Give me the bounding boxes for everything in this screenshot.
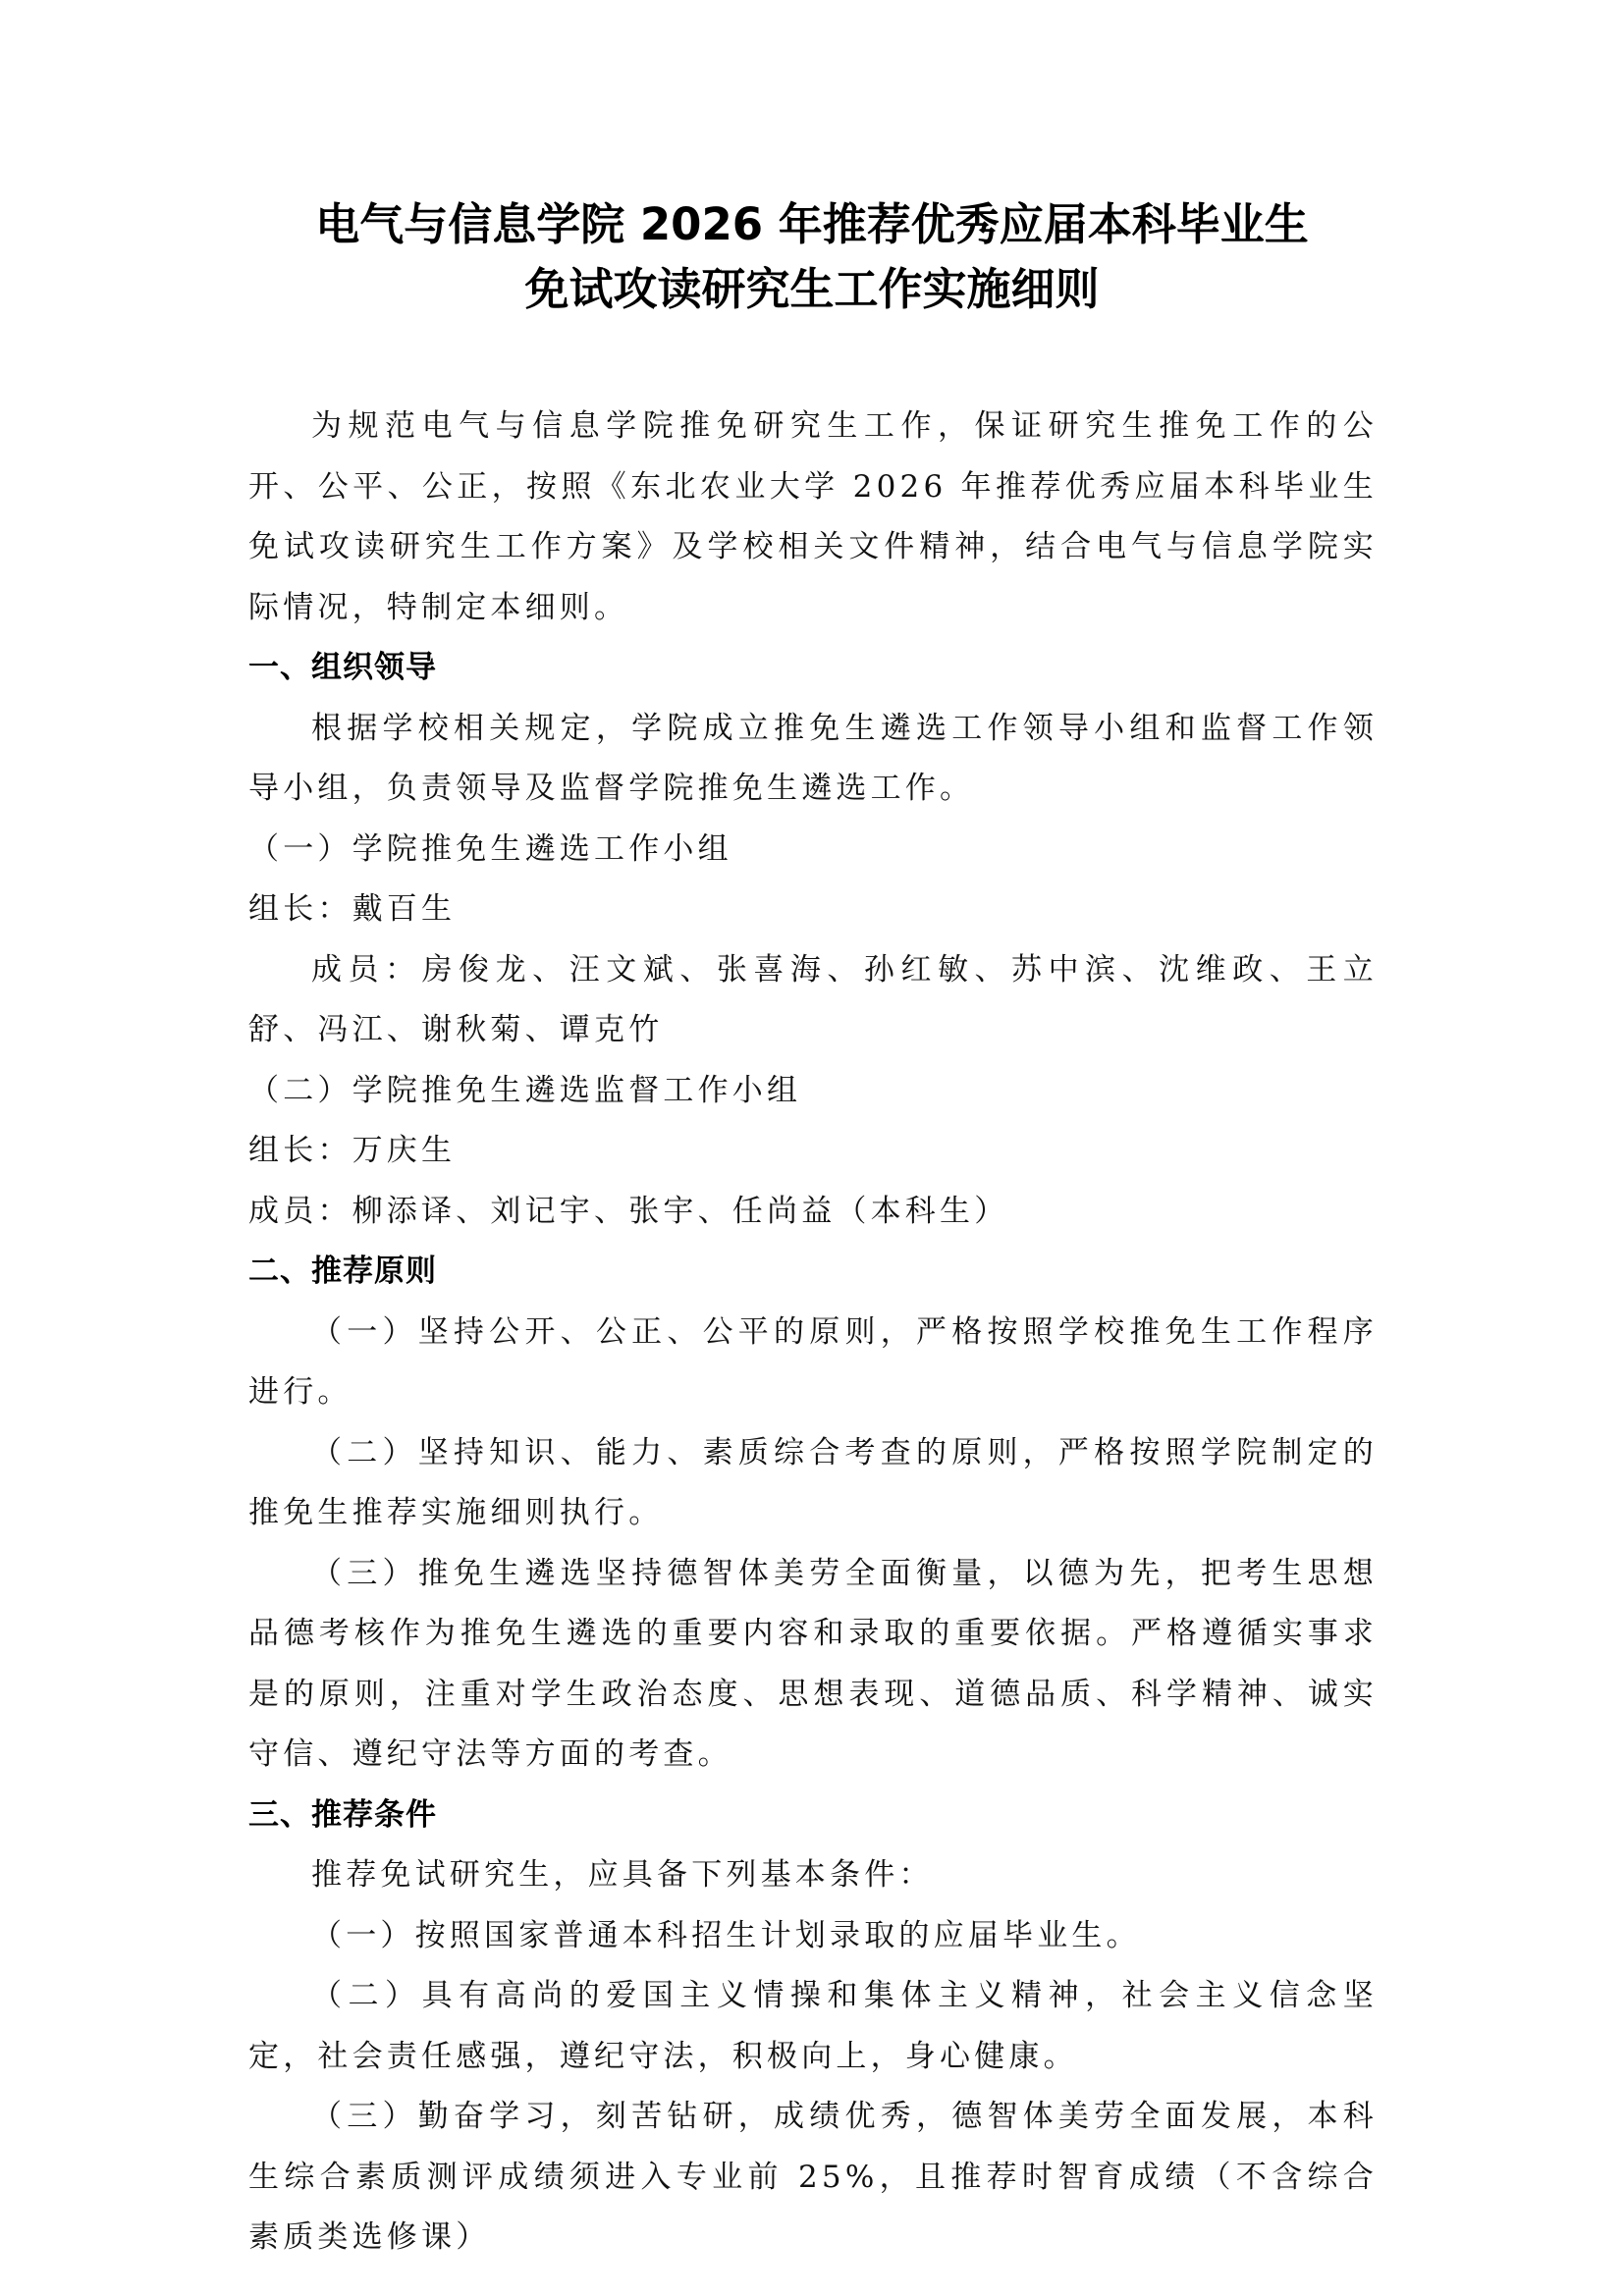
selection-group-members: 成员：房俊龙、汪文斌、张喜海、孙红敏、苏中滨、沈维政、王立舒、冯江、谢秋菊、谭克… xyxy=(248,940,1378,1061)
conditions-lead: 推荐免试研究生，应具备下列基本条件： xyxy=(248,1845,1378,1906)
intro-paragraph: 为规范电气与信息学院推免研究生工作，保证研究生推免工作的公开、公平、公正，按照《… xyxy=(248,397,1378,638)
condition-item-2: （二）具有高尚的爱国主义情操和集体主义精神，社会主义信念坚定，社会责任感强，遵纪… xyxy=(248,1966,1378,2087)
section-heading-organization: 一、组织领导 xyxy=(248,638,1378,699)
organization-paragraph: 根据学校相关规定，学院成立推免生遴选工作领导小组和监督工作领导小组，负责领导及监… xyxy=(248,699,1378,820)
supervision-group-name: （二）学院推免生遴选监督工作小组 xyxy=(248,1061,1378,1122)
section-heading-conditions: 三、推荐条件 xyxy=(248,1786,1378,1846)
principle-item-2: （二）坚持知识、能力、素质综合考查的原则，严格按照学院制定的推免生推荐实施细则执… xyxy=(248,1423,1378,1544)
selection-group-leader: 组长：戴百生 xyxy=(248,880,1378,940)
document-body: 为规范电气与信息学院推免研究生工作，保证研究生推免工作的公开、公平、公正，按照《… xyxy=(248,397,1378,2269)
title-line-1: 电气与信息学院 2026 年推荐优秀应届本科毕业生 xyxy=(196,192,1428,257)
condition-item-1: （一）按照国家普通本科招生计划录取的应届毕业生。 xyxy=(248,1906,1378,1967)
principle-item-1: （一）坚持公开、公正、公平的原则，严格按照学校推免生工作程序进行。 xyxy=(248,1303,1378,1423)
document-title: 电气与信息学院 2026 年推荐优秀应届本科毕业生 免试攻读研究生工作实施细则 xyxy=(196,192,1428,322)
principle-item-3: （三）推免生遴选坚持德智体美劳全面衡量，以德为先，把考生思想品德考核作为推免生遴… xyxy=(248,1544,1378,1786)
condition-item-3: （三）勤奋学习，刻苦钻研，成绩优秀，德智体美劳全面发展，本科生综合素质测评成绩须… xyxy=(248,2087,1378,2269)
supervision-group-leader: 组长：万庆生 xyxy=(248,1121,1378,1182)
supervision-group-members: 成员：柳添译、刘记宇、张宇、任尚益（本科生） xyxy=(248,1182,1378,1243)
selection-group-name: （一）学院推免生遴选工作小组 xyxy=(248,820,1378,881)
title-line-2: 免试攻读研究生工作实施细则 xyxy=(196,257,1428,322)
document-page: 电气与信息学院 2026 年推荐优秀应届本科毕业生 免试攻读研究生工作实施细则 … xyxy=(0,0,1624,2296)
section-heading-principles: 二、推荐原则 xyxy=(248,1242,1378,1303)
